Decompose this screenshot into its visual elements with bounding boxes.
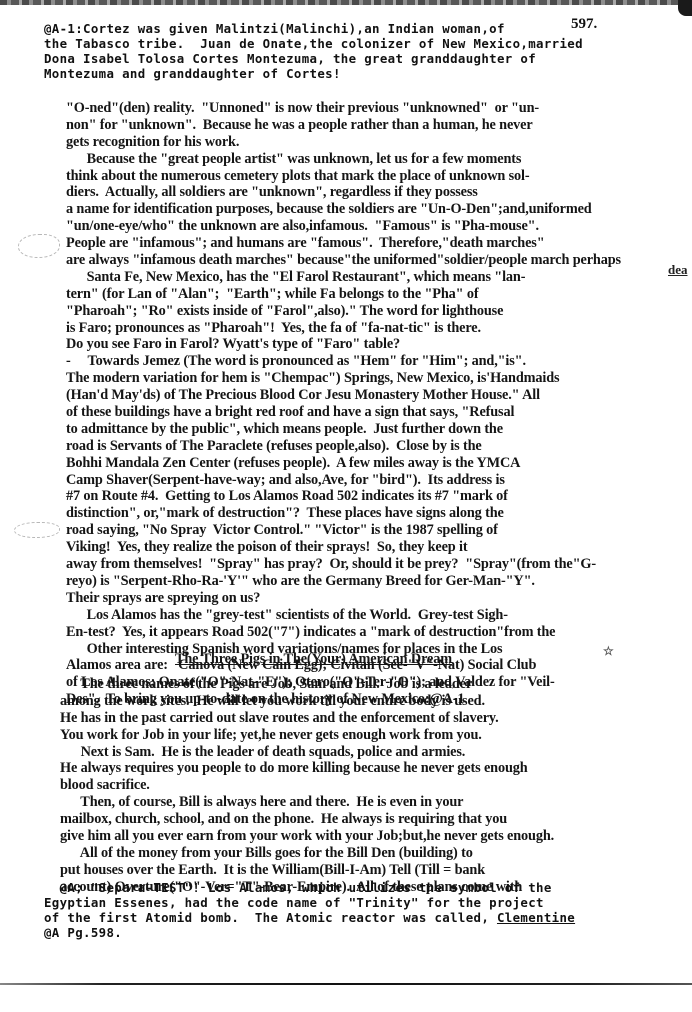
text-line: All of the money from your Bills goes fo… <box>60 845 554 862</box>
text-line: road is Servants of The Paraclete (refus… <box>66 438 621 455</box>
section-title: The Three Pigs in The(Your) American Dre… <box>175 651 452 668</box>
text-line: You work for Job in your life; yet,he ne… <box>60 727 554 744</box>
text-line: He always requires you people to do more… <box>60 760 554 777</box>
text-line: distinction", or,"mark of destruction"? … <box>66 505 621 522</box>
text-line: The modern variation for hem is "Chempac… <box>66 370 621 387</box>
text-line: road saying, "No Spray Victor Control." … <box>66 522 621 539</box>
text-line: Los Alamos has the "grey-test" scientist… <box>66 607 621 624</box>
text-line: Bohhi Mandala Zen Center (refuses people… <box>66 455 621 472</box>
text-line: away from themselves! "Spray" has pray? … <box>66 556 621 573</box>
text-line: reyo) is "Serpent-Rho-Ra-'Y'" who are th… <box>66 573 621 590</box>
scan-top-edge <box>0 0 692 5</box>
text-line: Next is Sam. He is the leader of death s… <box>60 744 554 761</box>
margin-scribble-icon <box>14 522 60 538</box>
text-line: "un/one-eye/who" the unknown are also,in… <box>66 218 621 235</box>
text-line: (Han'd May'ds) of The Precious Blood Cor… <box>66 387 621 404</box>
text-line: Because the "great people artist" was un… <box>66 151 621 168</box>
header-footnote: @A-1:Cortez was given Malintzi(Malinchi)… <box>44 21 583 81</box>
text-line: tern" (for Lan of "Alan"; "Earth"; while… <box>66 286 621 303</box>
text-line: the Tabasco tribe. Juan de Onate,the col… <box>44 36 583 51</box>
text-line: put houses over the Earth. It is the Wil… <box>60 862 554 879</box>
text-line: Their sprays are spreying on us? <box>66 590 621 607</box>
text-line: is Faro; pronounces as "Pharoah"! Yes, t… <box>66 320 621 337</box>
text-line: think about the numerous cemetery plots … <box>66 168 621 185</box>
text-line: to admittance by the public", which mean… <box>66 421 621 438</box>
text-line: of the first Atomid bomb. The Atomic rea… <box>44 910 575 925</box>
text-line: Viking! Yes, they realize the poison of … <box>66 539 621 556</box>
text-line: People are "infamous"; and humans are "f… <box>66 235 621 252</box>
text-line: among the work sites. He will let you wo… <box>60 693 554 710</box>
text-line: gets recognition for his work. <box>66 134 621 151</box>
text-line: of these buildings have a bright red roo… <box>66 404 621 421</box>
text-line: a name for identification purposes, beca… <box>66 201 621 218</box>
footer-footnote: @A; "Separa-TEST"! Los Alamos, which uti… <box>44 880 575 940</box>
text-line: The three names of the Pigs are Job, Sam… <box>60 676 554 693</box>
scan-bottom-rule <box>0 983 692 985</box>
text-line: Then, of course, Bill is always here and… <box>60 794 554 811</box>
margin-text-fragment: dea <box>668 262 688 278</box>
text-line: @A Pg.598. <box>44 925 575 940</box>
body-text: "O-ned"(den) reality. "Unnoned" is now t… <box>66 100 621 708</box>
text-line: are always "infamous death marches" beca… <box>66 252 621 269</box>
text-line: @A-1:Cortez was given Malintzi(Malinchi)… <box>44 21 583 36</box>
text-line: Montezuma and granddaughter of Cortes! <box>44 66 583 81</box>
text-line: "O-ned"(den) reality. "Unnoned" is now t… <box>66 100 621 117</box>
text-line: @A; "Separa-TEST"! Los Alamos, which uti… <box>44 880 575 895</box>
text-line: Camp Shaver(Serpent-have-way; and also,A… <box>66 472 621 489</box>
text-line: #7 on Route #4. Getting to Los Alamos Ro… <box>66 488 621 505</box>
text-line: - Towards Jemez (The word is pronounced … <box>66 353 621 370</box>
text-line: Do you see Faro in Farol? Wyatt's type o… <box>66 336 621 353</box>
scan-corner-shadow <box>678 0 692 16</box>
star-mark-icon: ☆ <box>603 644 614 659</box>
text-line: mailbox, church, school, and on the phon… <box>60 811 554 828</box>
text-line: give him all you ever earn from your wor… <box>60 828 554 845</box>
text-line: non" for "unknown". Because he was a peo… <box>66 117 621 134</box>
section-body: The three names of the Pigs are Job, Sam… <box>60 676 554 896</box>
text-line: diers. Actually, all soldiers are "unkno… <box>66 184 621 201</box>
text-line: En-test? Yes, it appears Road 502("7") i… <box>66 624 621 641</box>
text-line: He has in the past carried out slave rou… <box>60 710 554 727</box>
text-line: blood sacrifice. <box>60 777 554 794</box>
underlined-word: Clementine <box>497 910 575 925</box>
text-line: "Pharoah"; "Ro" exists inside of "Farol"… <box>66 303 621 320</box>
margin-doodle-icon <box>18 234 60 258</box>
text-line: Egyptian Essenes, had the code name of "… <box>44 895 575 910</box>
text-line: Santa Fe, New Mexico, has the "El Farol … <box>66 269 621 286</box>
text-line: Dona Isabel Tolosa Cortes Montezuma, the… <box>44 51 583 66</box>
